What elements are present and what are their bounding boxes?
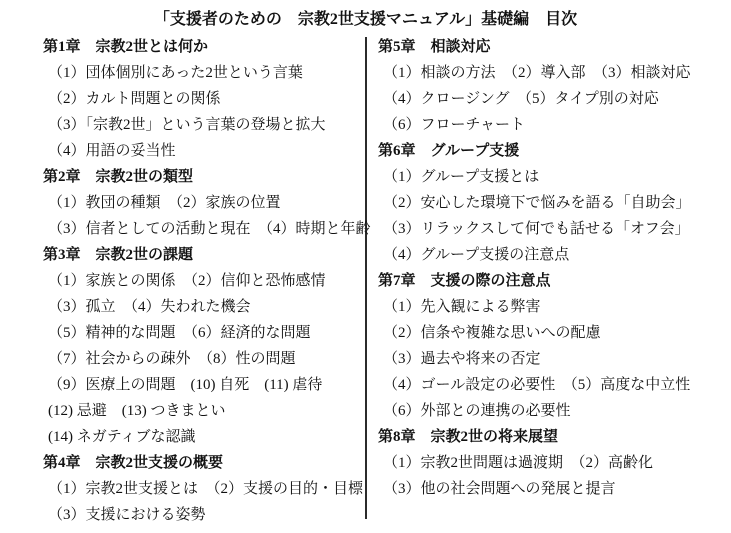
toc-item: （1）団体個別にあった2世という言葉 [43, 60, 365, 86]
toc-item: （6）外部との連携の必要性 [378, 398, 731, 424]
toc-column-right: 第5章 相談対応（1）相談の方法 （2）導入部 （3）相談対応（4）クロージング… [365, 34, 731, 528]
toc-item: （2）カルト問題との関係 [43, 86, 365, 112]
toc-item: （1）教団の種類 （2）家族の位置 [43, 190, 365, 216]
toc-item: （4）ゴール設定の必要性 （5）高度な中立性 [378, 372, 731, 398]
toc-item: （9）医療上の問題 (10) 自死 (11) 虐待 [43, 372, 365, 398]
toc-item: （3）過去や将来の否定 [378, 346, 731, 372]
toc-item: （2）安心した環境下で悩みを語る「自助会」 [378, 190, 731, 216]
chapter-heading: 第7章 支援の際の注意点 [378, 268, 731, 294]
chapter-heading: 第4章 宗教2世支援の概要 [43, 450, 365, 476]
toc-item: （7）社会からの疎外 （8）性の問題 [43, 346, 365, 372]
chapter-heading: 第6章 グループ支援 [378, 138, 731, 164]
toc-item: （1）家族との関係 （2）信仰と恐怖感情 [43, 268, 365, 294]
toc-item: (14) ネガティブな認識 [43, 424, 365, 450]
toc-item: （3）リラックスして何でも話せる「オフ会」 [378, 216, 731, 242]
chapter-heading: 第1章 宗教2世とは何か [43, 34, 365, 60]
chapter-heading: 第2章 宗教2世の類型 [43, 164, 365, 190]
toc-item: （6）フローチャート [378, 112, 731, 138]
toc-item: （1）宗教2世支援とは （2）支援の目的・目標 [43, 476, 365, 502]
toc-item: （3）支援における姿勢 [43, 502, 365, 528]
toc-item: （2）信条や複雑な思いへの配慮 [378, 320, 731, 346]
chapter-heading: 第8章 宗教2世の将来展望 [378, 424, 731, 450]
toc-item: （1）先入観による弊害 [378, 294, 731, 320]
toc-item: （5）精神的な問題 （6）経済的な問題 [43, 320, 365, 346]
toc-item: （1）相談の方法 （2）導入部 （3）相談対応 [378, 60, 731, 86]
toc-item: （3）信者としての活動と現在 （4）時期と年齢 [43, 216, 365, 242]
document-title: 「支援者のための 宗教2世支援マニュアル」基礎編 目次 [0, 8, 731, 32]
toc-item: （3）「宗教2世」という言葉の登場と拡大 [43, 112, 365, 138]
toc-item: （4）グループ支援の注意点 [378, 242, 731, 268]
document-page: 「支援者のための 宗教2世支援マニュアル」基礎編 目次 第1章 宗教2世とは何か… [0, 0, 731, 533]
chapter-heading: 第3章 宗教2世の課題 [43, 242, 365, 268]
toc-column-left: 第1章 宗教2世とは何か（1）団体個別にあった2世という言葉（2）カルト問題との… [0, 34, 365, 528]
chapter-heading: 第5章 相談対応 [378, 34, 731, 60]
toc-columns: 第1章 宗教2世とは何か（1）団体個別にあった2世という言葉（2）カルト問題との… [0, 34, 731, 528]
toc-item: （1）グループ支援とは [378, 164, 731, 190]
toc-item: （3）孤立 （4）失われた機会 [43, 294, 365, 320]
toc-item: （3）他の社会問題への発展と提言 [378, 476, 731, 502]
toc-item: （4）用語の妥当性 [43, 138, 365, 164]
toc-item: （4）クロージング （5）タイプ別の対応 [378, 86, 731, 112]
toc-item: （1）宗教2世問題は過渡期 （2）高齢化 [378, 450, 731, 476]
toc-item: (12) 忌避 (13) つきまとい [43, 398, 365, 424]
